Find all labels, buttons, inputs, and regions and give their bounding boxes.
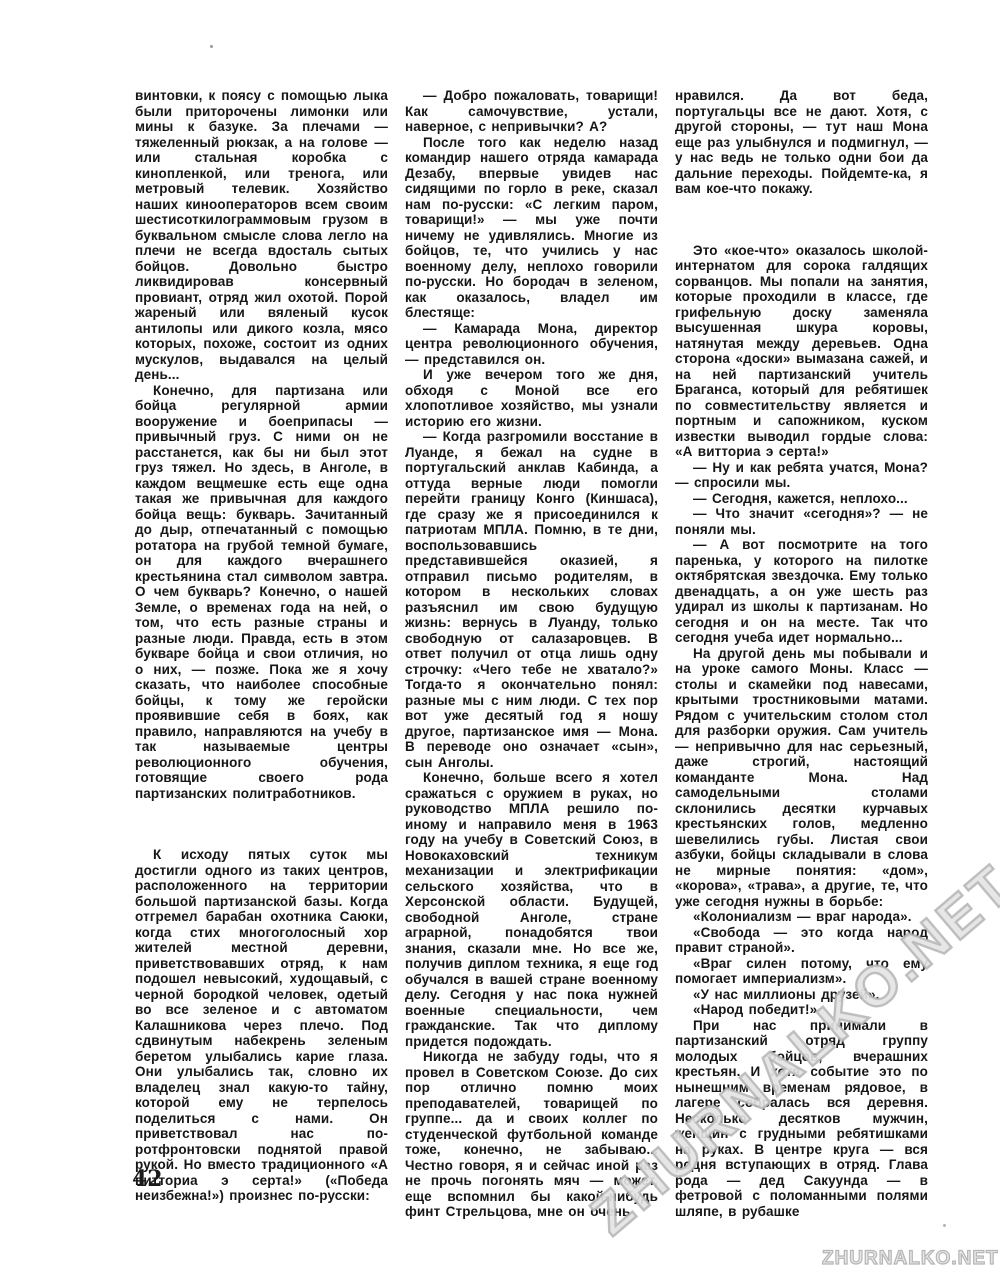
paragraph: После того как неделю назад командир наш… <box>405 135 658 321</box>
paragraph: Конечно, больше всего я хотел сражаться … <box>405 770 658 1049</box>
paragraph: Это «кое-что» оказалось школой-интернато… <box>675 243 928 460</box>
paragraph: К исходу пятых суток мы достигли одного … <box>135 847 388 1204</box>
paragraph: — Что значит «сегодня»? — не поняли мы. <box>675 506 928 537</box>
paragraph: «Колониализм — враг народа». <box>675 909 928 925</box>
paragraph: При нас принимали в партизанский отряд г… <box>675 1018 928 1220</box>
paragraph: — А вот посмотрите на того паренька, у к… <box>675 537 928 646</box>
magazine-page: винтовки, к поясу с помощью лыка были пр… <box>0 0 1000 1275</box>
paragraph: «У нас миллионы друзей». <box>675 987 928 1003</box>
paragraph: — Когда разгромили восстание в Луанде, я… <box>405 429 658 770</box>
paragraph: Конечно, для партизана или бойца регуляр… <box>135 383 388 802</box>
paragraph: «Свобода — это когда народ правит страно… <box>675 925 928 956</box>
text-columns: винтовки, к поясу с помощью лыка были пр… <box>135 88 928 1220</box>
paragraph: — Добро пожаловать, товарищи! Как самочу… <box>405 88 658 135</box>
paragraph: Никогда не забуду годы, что я провел в С… <box>405 1049 658 1220</box>
scan-speck <box>943 1224 946 1227</box>
paragraph: «Враг силен потому, что ему помогает имп… <box>675 956 928 987</box>
paragraph: — Ну и как ребята учатся, Мона? — спроси… <box>675 460 928 491</box>
scan-speck <box>210 45 213 48</box>
paragraph: — Сегодня, кажется, неплохо... <box>675 491 928 507</box>
text-column-1: винтовки, к поясу с помощью лыка были пр… <box>135 88 388 1220</box>
watermark-corner: ZHURNALKO.NET <box>822 1248 999 1270</box>
paragraph: «Народ победит!» <box>675 1002 928 1018</box>
paragraph: На другой день мы побывали и на уроке са… <box>675 646 928 910</box>
text-column-3: нравился. Да вот беда, португальцы все н… <box>675 88 928 1220</box>
text-column-2: — Добро пожаловать, товарищи! Как самочу… <box>405 88 658 1220</box>
paragraph: винтовки, к поясу с помощью лыка были пр… <box>135 88 388 383</box>
paragraph: — Камарада Мона, директор центра революц… <box>405 321 658 368</box>
paragraph: И уже вечером того же дня, обходя с Моно… <box>405 367 658 429</box>
paragraph: нравился. Да вот беда, португальцы все н… <box>675 88 928 197</box>
page-number: 42 <box>132 1166 163 1192</box>
